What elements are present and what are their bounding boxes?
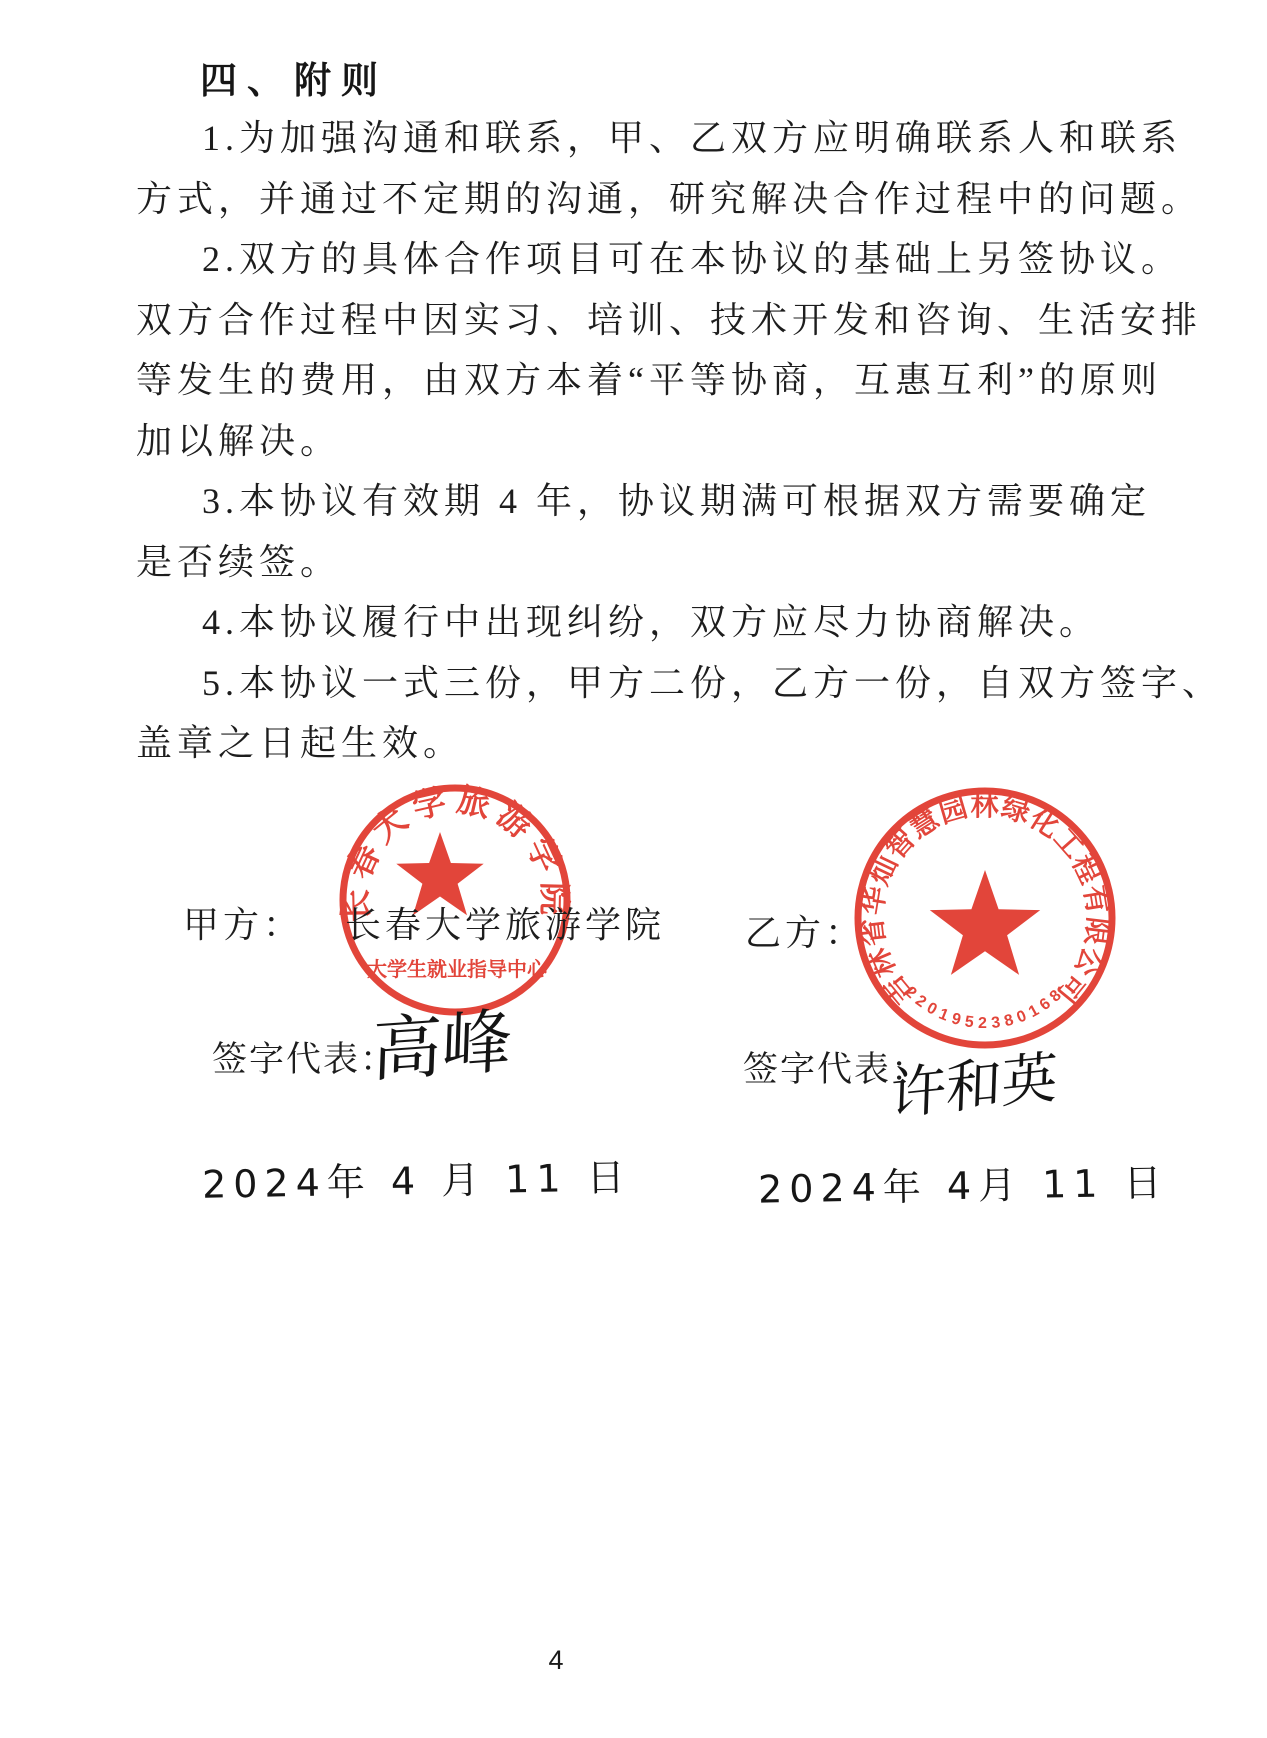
seal-serial-number: 2201952380168 [901, 984, 1068, 1032]
document-page: 四、附则 1.为加强沟通和联系，甲、乙双方应明确联系人和联系 方式，并通过不定期… [0, 0, 1267, 1738]
party-b-handwritten-signature: 许和英 [889, 1033, 1059, 1131]
party-a-sign-label: 签字代表： [212, 1032, 397, 1082]
party-a-label: 甲方： [183, 905, 303, 945]
party-a-handwritten-signature: 高峰 [370, 985, 513, 1096]
party-a-line: 甲方：长春大学旅游学院 [183, 897, 665, 948]
party-a-name: 长春大学旅游学院 [345, 905, 665, 945]
page-number: 4 [536, 1645, 576, 1676]
seal-bottom-text: 大学生就业指导中心 [367, 957, 548, 981]
signature-area: 长春大学旅游学院 大学生就业指导中心 吉林省华灿智慧园林绿化工程有限公司 220… [0, 0, 1267, 1738]
party-b-label: 乙方： [745, 913, 865, 953]
party-b-line: 乙方： [745, 905, 865, 956]
party-a-handwritten-date: 2024年 4 月 11 日 [202, 1146, 632, 1208]
star-icon [930, 870, 1040, 975]
official-seal-party-b: 吉林省华灿智慧园林绿化工程有限公司 2201952380168 [845, 778, 1145, 1078]
party-b-handwritten-date: 2024年 4月 11 日 [758, 1151, 1169, 1213]
svg-text:2201952380168: 2201952380168 [901, 984, 1068, 1032]
